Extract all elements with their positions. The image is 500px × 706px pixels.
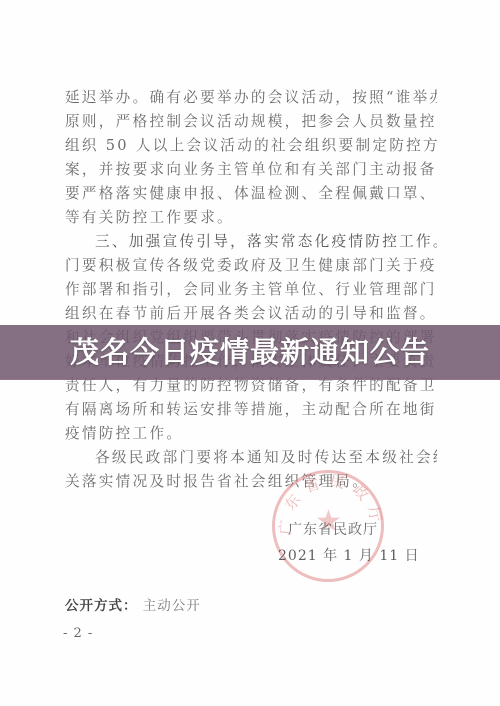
body-line: 组织 50 人以上会议活动的社会组织要制定防控方案和应急预 [65, 134, 437, 158]
body-line: 作部署和指引，会同业务主管单位、行业管理部门，加强对社会 [65, 278, 437, 302]
section-heading-line: 三、加强宣传引导，落实常态化疫情防控工作。各级民政部 [65, 230, 437, 254]
body-line: 有隔离场所和转运安排等措施，主动配合所在地街道、社区开展 [65, 398, 437, 422]
issuer-signature: 广东省民政厅 [288, 520, 378, 540]
body-line: 案，并按要求向业务主管单位和有关部门主动报备。活动期间， [65, 158, 437, 182]
release-mode-label: 公开方式： [65, 598, 138, 614]
body-line: 延迟举办。确有必要举办的会议活动，按照“谁举办、谁负责” [65, 86, 437, 110]
release-mode: 公开方式： 主动公开 [65, 594, 201, 614]
issue-date: 2021 年 1 月 11 日 [278, 546, 420, 566]
release-mode-value: 主动公开 [143, 598, 201, 614]
body-line: 疫情防控工作。 [65, 422, 437, 446]
body-line: 要严格落实健康申报、体温检测、全程佩戴口罩、场所通风消毒 [65, 182, 437, 206]
banner-title: 茂名今日疫情最新通知公告 [0, 325, 500, 379]
body-line: 等有关防控工作要求。 [65, 206, 437, 230]
title-banner: 茂名今日疫情最新通知公告 [0, 325, 500, 380]
body-line: 原则，严格控制会议活动规模，把参会人员数量控制在最低标准。 [65, 110, 437, 134]
document-body: 延迟举办。确有必要举办的会议活动，按照“谁举办、谁负责” 原则，严格控制会议活动… [65, 86, 437, 494]
body-line: 各级民政部门要将本通知及时传达至本级社会组织，并将有 [65, 446, 437, 470]
body-line: 组织在春节前后开展各类会议活动的引导和监督。广大社会组织 [65, 302, 437, 326]
page-number: - 2 - [63, 626, 93, 641]
body-line: 门要积极宣传各级党委政府及卫生健康部门关于疫情防控的工 [65, 254, 437, 278]
